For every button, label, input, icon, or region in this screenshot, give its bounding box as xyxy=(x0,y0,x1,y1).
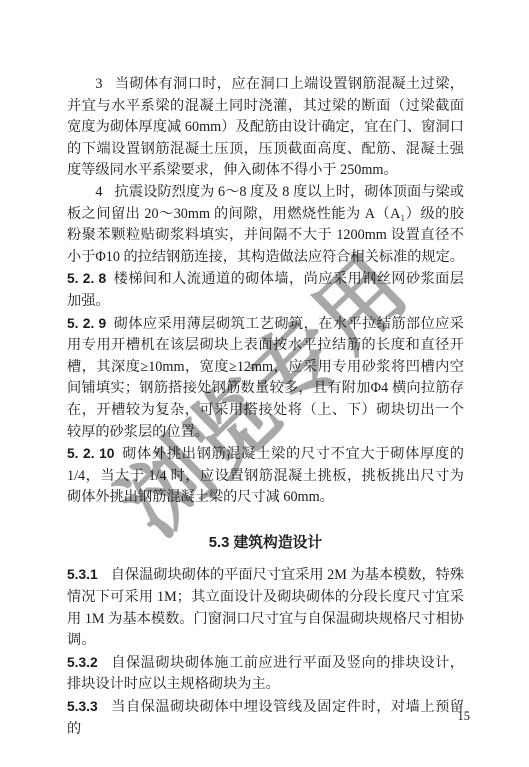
clause-number: 5.3.2 xyxy=(67,655,98,670)
clause-number: 5. 2. 8 xyxy=(67,271,106,286)
section-heading-5-3: 5.3 建筑构造设计 xyxy=(67,533,464,555)
numbered-paragraph-3: 3当砌体有洞口时，应在洞口上端设置钢筋混凝土过梁，并宜与水平系梁的混凝土同时浇灌… xyxy=(67,74,464,182)
clause-number: 5. 2. 10 xyxy=(67,446,114,461)
clause-text: 砌体应采用薄层砌筑工艺砌筑，在水平拉结筋部位应采用专用开槽机在该层砌块上表面按水… xyxy=(67,316,464,440)
clause-5-3-1: 5.3.1自保温砌块砌体的平面尺寸宜采用 2M 为基本模数，特殊情况下可采用 1… xyxy=(67,564,464,651)
clause-text: 砌体外挑出钢筋混凝土梁的尺寸不宜大于砌体厚度的 1/4，当大于 1/4 时，应设… xyxy=(67,446,464,505)
clause-number: 5.3.3 xyxy=(67,699,98,714)
clause-5-2-10: 5. 2. 10砌体外挑出钢筋混凝土梁的尺寸不宜大于砌体厚度的 1/4，当大于 … xyxy=(67,443,464,509)
clause-5-3-3: 5.3.3当自保温砌块砌体中埋设管线及固定件时，对墙上预留的 xyxy=(67,696,464,740)
clause-text: 楼梯间和人流通道的砌体墙，尚应采用钢丝网砂浆面层加强。 xyxy=(67,271,464,309)
clause-number: 5. 2. 9 xyxy=(67,316,106,331)
paragraph-text: 当砌体有洞口时，应在洞口上端设置钢筋混凝土过梁，并宜与水平系梁的混凝土同时浇灌，… xyxy=(67,76,464,178)
clause-text: 自保温砌块砌体施工前应进行平面及竖向的排块设计，排块设计时应以主规格砌块为主。 xyxy=(67,655,464,693)
clause-text: 当自保温砌块砌体中埋设管线及固定件时，对墙上预留的 xyxy=(67,699,464,737)
clause-text: 自保温砌块砌体的平面尺寸宜采用 2M 为基本模数，特殊情况下可采用 1M；其立面… xyxy=(67,567,464,648)
list-number: 4 xyxy=(95,184,102,200)
numbered-paragraph-4: 4抗震设防烈度为 6～8 度及 8 度以上时，砌体顶面与梁或板之间留出 20～3… xyxy=(67,182,464,268)
clause-5-2-8: 5. 2. 8楼梯间和人流通道的砌体墙，尚应采用钢丝网砂浆面层加强。 xyxy=(67,268,464,312)
clause-5-2-9: 5. 2. 9砌体应采用薄层砌筑工艺砌筑，在水平拉结筋部位应采用专用开槽机在该层… xyxy=(67,313,464,444)
clause-number: 5.3.1 xyxy=(67,567,98,582)
page-content: 3当砌体有洞口时，应在洞口上端设置钢筋混凝土过梁，并宜与水平系梁的混凝土同时浇灌… xyxy=(67,74,464,740)
list-number: 3 xyxy=(95,76,102,92)
page-number: 15 xyxy=(458,709,471,724)
document-page: 浏览专用 3当砌体有洞口时，应在洞口上端设置钢筋混凝土过梁，并宜与水平系梁的混凝… xyxy=(0,0,529,767)
clause-5-3-2: 5.3.2自保温砌块砌体施工前应进行平面及竖向的排块设计，排块设计时应以主规格砌… xyxy=(67,652,464,696)
paragraph-text: 抗震设防烈度为 6～8 度及 8 度以上时，砌体顶面与梁或板之间留出 20～30… xyxy=(67,184,464,265)
